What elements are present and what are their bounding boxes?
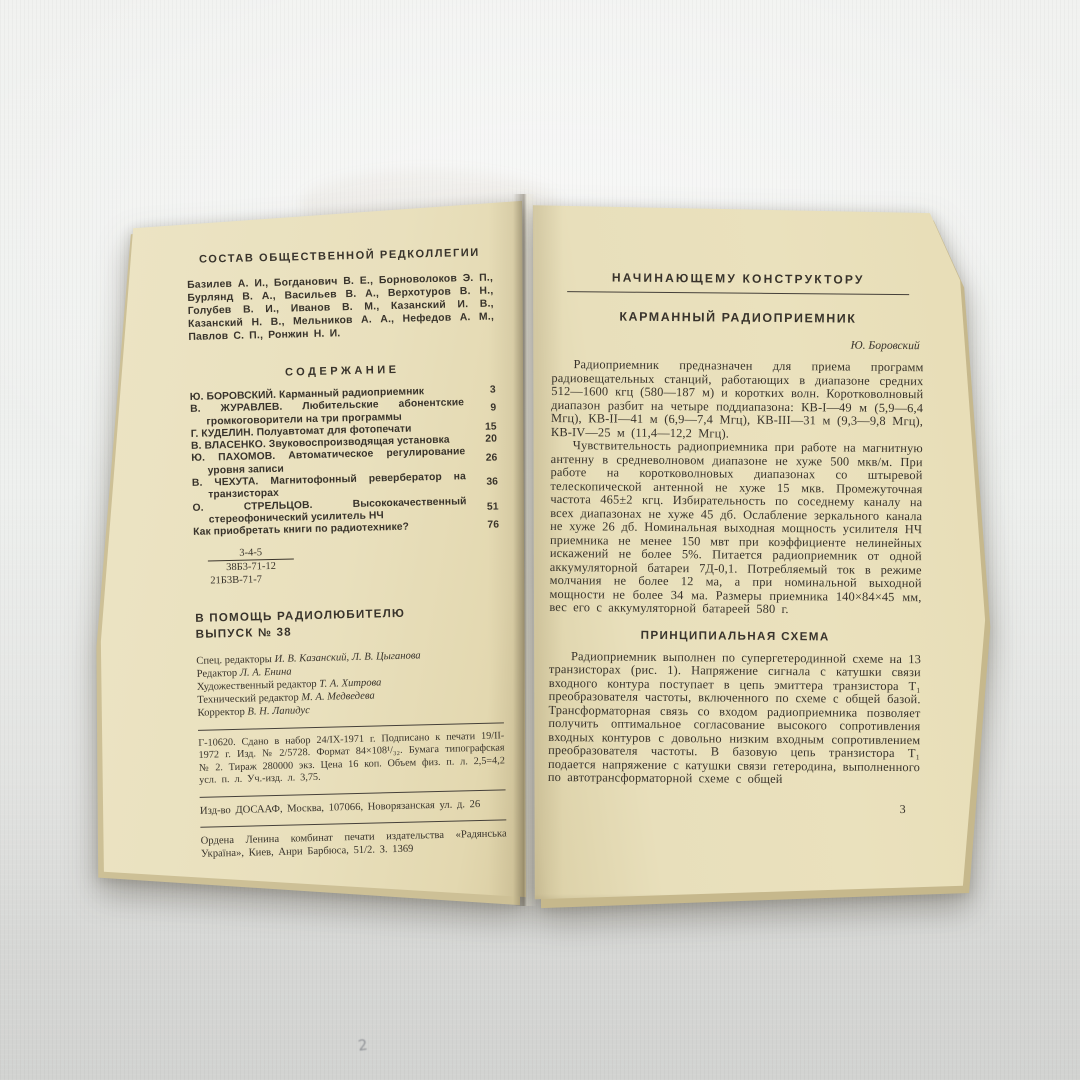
staff-names: М. А. Медведева: [301, 691, 375, 704]
rubric-heading: НАЧИНАЮЩЕМУ КОНСТРУКТОРУ: [552, 270, 924, 287]
right-page-content: НАЧИНАЮЩЕМУ КОНСТРУКТОРУ КАРМАННЫЙ РАДИО…: [548, 196, 925, 817]
contents-entry-page: 20: [473, 434, 497, 447]
staff-names: Л. А. Енина: [240, 666, 292, 678]
article-paragraph: Чувствительность радиоприемника при рабо…: [549, 439, 923, 618]
contents-entry-page: 36: [474, 477, 498, 490]
staff-names: В. Н. Лапидус: [247, 705, 310, 718]
article-paragraph: Радиоприемник предназначен для приема пр…: [551, 358, 924, 442]
article-author: Ю. Боровский: [552, 336, 924, 352]
left-page-content: СОСТАВ ОБЩЕСТВЕННОЙ РЕДКОЛЛЕГИИ Базилев …: [185, 191, 507, 861]
section-heading: ПРИНЦИПИАЛЬНАЯ СХЕМА: [549, 627, 921, 643]
staff-role: Корректор: [197, 707, 244, 719]
article-paragraph: Радиоприемник выполнен по супергетеродин…: [548, 649, 921, 787]
contents-heading: СОДЕРЖАНИЕ: [189, 361, 495, 380]
contents-entry-page: 9: [472, 403, 496, 416]
catalog-codes: 3-4-5 38Б3-71-12 21Б3В-71-7: [208, 546, 297, 588]
staff-names: Т. А. Хитрова: [319, 677, 381, 690]
left-page: СОСТАВ ОБЩЕСТВЕННОЙ РЕДКОЛЛЕГИИ Базилев …: [100, 198, 536, 902]
contents-entry-page: 3: [472, 384, 496, 397]
series-title: В ПОМОЩЬ РАДИОЛЮБИТЕЛЮ ВЫПУСК № 38: [195, 603, 502, 642]
staff-role: Спец. редакторы: [196, 654, 272, 667]
photo-of-open-book: СОСТАВ ОБЩЕСТВЕННОЙ РЕДКОЛЛЕГИИ Базилев …: [0, 0, 1080, 1080]
divider-rule: [198, 722, 504, 730]
staff-role: Технический редактор: [197, 693, 299, 706]
contents-entry-page: 51: [475, 501, 499, 514]
imprint-block: Г-10620. Сдано в набор 24/IX-1971 г. Под…: [198, 730, 505, 788]
staff-names: И. В. Казанский, Л. В. Цыганова: [274, 650, 420, 665]
divider-rule: [200, 819, 506, 827]
page-number: 3: [548, 798, 920, 816]
staff-block: Спец. редакторы И. В. Казанский, Л. В. Ц…: [196, 647, 504, 720]
divider-rule: [200, 789, 506, 797]
contents-entry-page: 26: [473, 452, 497, 465]
article-title: КАРМАННЫЙ РАДИОПРИЕМНИК: [552, 309, 924, 326]
pencil-mark: 2: [357, 1035, 371, 1054]
contents-entry-page: 15: [473, 421, 497, 434]
rubric-rule: [567, 291, 909, 295]
catalog-code-lower: 21Б3В-71-7: [208, 573, 296, 588]
staff-role: Редактор: [197, 668, 238, 680]
contents-list: Ю. БОРОВСКИЙ. Карманный радиоприемник 3 …: [190, 384, 500, 539]
contents-entry-page: 76: [475, 520, 499, 533]
editorial-board-members: Базилев А. И., Богданович В. Е., Борново…: [187, 271, 494, 343]
right-page: НАЧИНАЮЩЕМУ КОНСТРУКТОРУ КАРМАННЫЙ РАДИО…: [523, 196, 995, 910]
editorial-board-heading: СОСТАВ ОБЩЕСТВЕННОЙ РЕДКОЛЛЕГИИ: [186, 247, 492, 266]
open-book: СОСТАВ ОБЩЕСТВЕННОЙ РЕДКОЛЛЕГИИ Базилев …: [95, 190, 1000, 915]
publisher-block: Изд-во ДОСААФ, Москва, 107066, Новорязан…: [200, 797, 506, 817]
printer-block: Ордена Ленина комбинат печати издательст…: [201, 827, 508, 860]
